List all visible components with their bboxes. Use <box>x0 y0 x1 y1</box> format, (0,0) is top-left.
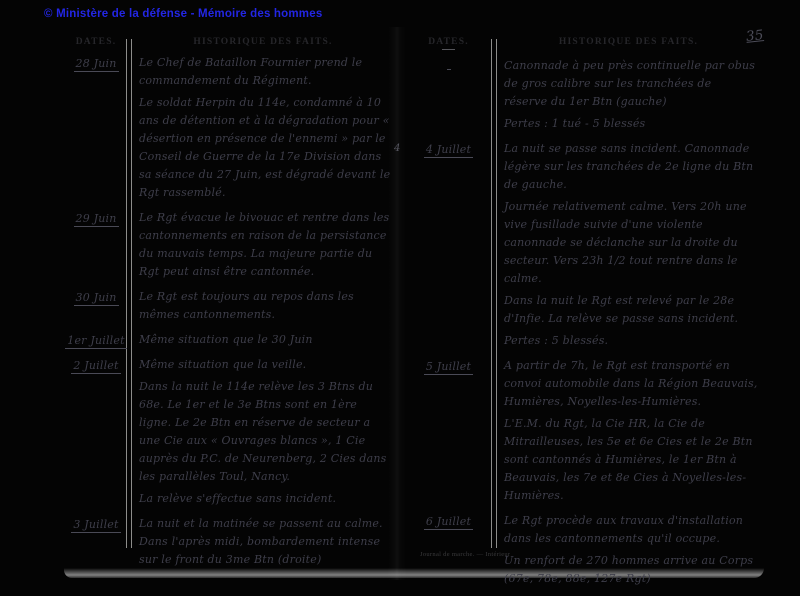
entry-paragraph: Le Rgt est toujours au repos dans les mê… <box>139 288 392 324</box>
entry-paragraph: Journée relativement calme. Vers 20h une… <box>504 198 758 288</box>
scanned-page-spread[interactable]: 35 4 Journal de marche. — Intérieur DATE… <box>54 27 770 580</box>
entry-paragraph: Le Rgt évacue le bivouac et rentre dans … <box>139 209 392 281</box>
entry-date <box>447 67 451 70</box>
entry-paragraph: La relève s'effectue sans incident. <box>139 490 392 508</box>
entry-paragraph: Canonnade à peu près continuelle par obu… <box>504 57 758 111</box>
dates-column-header: DATES. <box>62 37 130 47</box>
events-column-header: HISTORIQUE DES FAITS. <box>495 37 762 50</box>
entry-paragraph: Même situation que la veille. <box>139 356 392 374</box>
date-cell: 5 Juillet <box>402 357 495 509</box>
entry-paragraph: Un renfort de 270 hommes arrive au Corps… <box>504 552 758 588</box>
date-cell: 2 Juillet <box>62 356 130 512</box>
date-cell: 4 Juillet <box>402 140 495 354</box>
date-cell: 30 Juin <box>62 288 130 328</box>
entry-text: Même situation que la veille. Dans la nu… <box>130 356 396 512</box>
journal-entry: 3 Juillet La nuit et la matinée se passe… <box>62 515 396 573</box>
entry-paragraph: Même situation que le 30 Juin <box>139 331 392 349</box>
table-header: DATES. HISTORIQUE DES FAITS. <box>62 37 396 47</box>
entry-text: Le Chef de Bataillon Fournier prend le c… <box>130 54 396 206</box>
date-cell: 28 Juin <box>62 54 130 206</box>
journal-entry: 28 Juin Le Chef de Bataillon Fournier pr… <box>62 54 396 206</box>
entry-date: 30 Juin <box>74 290 119 306</box>
entry-date: 1er Juillet <box>65 333 126 349</box>
dates-column-header-label: DATES. <box>428 37 469 47</box>
entry-paragraph: L'E.M. du Rgt, la Cie HR, la Cie de Mitr… <box>504 415 758 505</box>
entry-text: La nuit se passe sans incident. Canonnad… <box>495 140 762 354</box>
date-cell <box>402 57 495 137</box>
entry-paragraph: La nuit se passe sans incident. Canonnad… <box>504 140 758 194</box>
entry-text: Canonnade à peu près continuelle par obu… <box>495 57 762 137</box>
date-cell: 1er Juillet <box>62 331 130 353</box>
entry-paragraph: Dans la nuit le Rgt est relevé par le 28… <box>504 292 758 328</box>
left-page: DATES. HISTORIQUE DES FAITS. 28 Juin Le … <box>62 37 396 572</box>
entry-text: Le Rgt procède aux travaux d'installatio… <box>495 512 762 592</box>
journal-entry: 4 Juillet La nuit se passe sans incident… <box>402 140 762 354</box>
journal-entry: Canonnade à peu près continuelle par obu… <box>402 57 762 137</box>
journal-entry: 1er Juillet Même situation que le 30 Jui… <box>62 331 396 353</box>
entry-date: 28 Juin <box>74 56 119 72</box>
entry-text: Même situation que le 30 Juin <box>130 331 396 353</box>
entry-paragraph: La nuit et la matinée se passent au calm… <box>139 515 392 569</box>
date-cell: 6 Juillet <box>402 512 495 592</box>
entry-text: Le Rgt évacue le bivouac et rentre dans … <box>130 209 396 285</box>
dates-underline <box>442 49 455 50</box>
entry-paragraph: A partir de 7h, le Rgt est transporté en… <box>504 357 758 411</box>
entry-text: Le Rgt est toujours au repos dans les mê… <box>130 288 396 328</box>
copyright-watermark: © Ministère de la défense - Mémoire des … <box>44 8 322 20</box>
journal-entry: 29 Juin Le Rgt évacue le bivouac et rent… <box>62 209 396 285</box>
right-page: DATES. HISTORIQUE DES FAITS. Canonnade à… <box>402 37 762 572</box>
entry-text: La nuit et la matinée se passent au calm… <box>130 515 396 573</box>
entry-date: 4 Juillet <box>424 142 473 158</box>
entry-date: 3 Juillet <box>71 517 120 533</box>
entry-paragraph: Pertes : 5 blessés. <box>504 332 758 350</box>
table-header: DATES. HISTORIQUE DES FAITS. <box>402 37 762 50</box>
entry-date: 6 Juillet <box>424 514 473 530</box>
journal-entry: 30 Juin Le Rgt est toujours au repos dan… <box>62 288 396 328</box>
entry-paragraph: Le Rgt procède aux travaux d'installatio… <box>504 512 758 548</box>
entry-paragraph: Le soldat Herpin du 114e, condamné à 10 … <box>139 94 392 202</box>
entry-text: A partir de 7h, le Rgt est transporté en… <box>495 357 762 509</box>
entry-date: 5 Juillet <box>424 359 473 375</box>
entry-date: 2 Juillet <box>71 358 120 374</box>
journal-entry: 5 Juillet A partir de 7h, le Rgt est tra… <box>402 357 762 509</box>
journal-entry: 6 Juillet Le Rgt procède aux travaux d'i… <box>402 512 762 592</box>
date-cell: 29 Juin <box>62 209 130 285</box>
entry-date: 29 Juin <box>74 211 119 227</box>
entry-paragraph: Pertes : 1 tué - 5 blessés <box>504 115 758 133</box>
entry-paragraph: Dans la nuit le 114e relève les 3 Btns d… <box>139 378 392 486</box>
events-column-header: HISTORIQUE DES FAITS. <box>130 37 396 47</box>
dates-column-header: DATES. <box>402 37 495 50</box>
date-cell: 3 Juillet <box>62 515 130 573</box>
journal-entry: 2 Juillet Même situation que la veille. … <box>62 356 396 512</box>
entry-paragraph: Le Chef de Bataillon Fournier prend le c… <box>139 54 392 90</box>
viewer-background: © Ministère de la défense - Mémoire des … <box>0 0 800 596</box>
